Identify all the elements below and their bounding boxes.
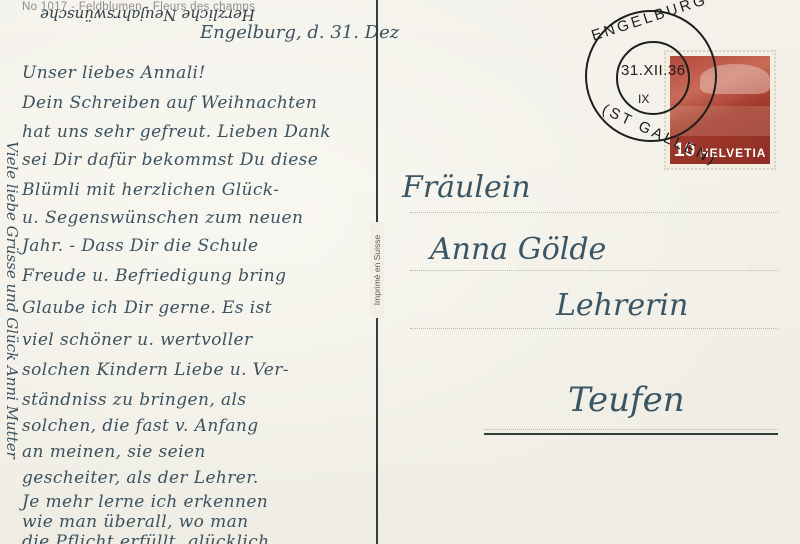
address-line-2: [410, 270, 778, 271]
address-salutation: Fräulein: [402, 170, 531, 205]
message-line: Glaube ich Dir gerne. Es ist: [22, 298, 272, 318]
address-title: Lehrerin: [556, 288, 688, 323]
message-line: an meinen, sie seien: [22, 442, 206, 462]
address-city: Teufen: [568, 380, 685, 420]
message-line: Jahr. - Dass Dir die Schule: [22, 236, 258, 256]
message-line: die Pflicht erfüllt, glücklich: [22, 532, 269, 544]
postmark-date: 31.XII.36: [621, 62, 686, 79]
message-line: Je mehr lerne ich erkennen: [22, 492, 268, 512]
address-name: Anna Gölde: [430, 232, 606, 267]
address-line-4: [484, 429, 778, 430]
address-underline: [484, 433, 778, 435]
message-line: gescheiter, als der Lehrer.: [22, 468, 259, 488]
imprint-text: Imprimé en Suisse: [372, 235, 382, 305]
message-line: sei Dir dafür bekommst Du diese: [22, 150, 318, 170]
message-line: Dein Schreiben auf Weihnachten: [22, 93, 317, 113]
address-line-3: [410, 328, 778, 329]
address-line-1: [410, 212, 778, 213]
side-note: Viele liebe Grüsse und Glück Anni Mutter: [3, 141, 21, 459]
message-line: viel schöner u. wertvoller: [22, 330, 253, 350]
message-line: solchen Kindern Liebe u. Ver-: [22, 360, 289, 380]
place-date: Engelburg, d. 31. Dez: [200, 22, 399, 43]
message-line: Blümli mit herzlichen Glück-: [22, 180, 279, 200]
message-line: Unser liebes Annali!: [22, 63, 206, 83]
message-line: wie man überall, wo man: [22, 512, 249, 532]
postmark-hour: IX: [638, 92, 649, 106]
message-line: ständniss zu bringen, als: [22, 390, 246, 410]
message-line: Freude u. Befriedigung bring: [22, 266, 286, 286]
message-line: solchen, die fast v. Anfang: [22, 416, 259, 436]
message-line: hat uns sehr gefreut. Lieben Dank: [22, 122, 331, 142]
message-line: u. Segenswünschen zum neuen: [22, 208, 303, 228]
